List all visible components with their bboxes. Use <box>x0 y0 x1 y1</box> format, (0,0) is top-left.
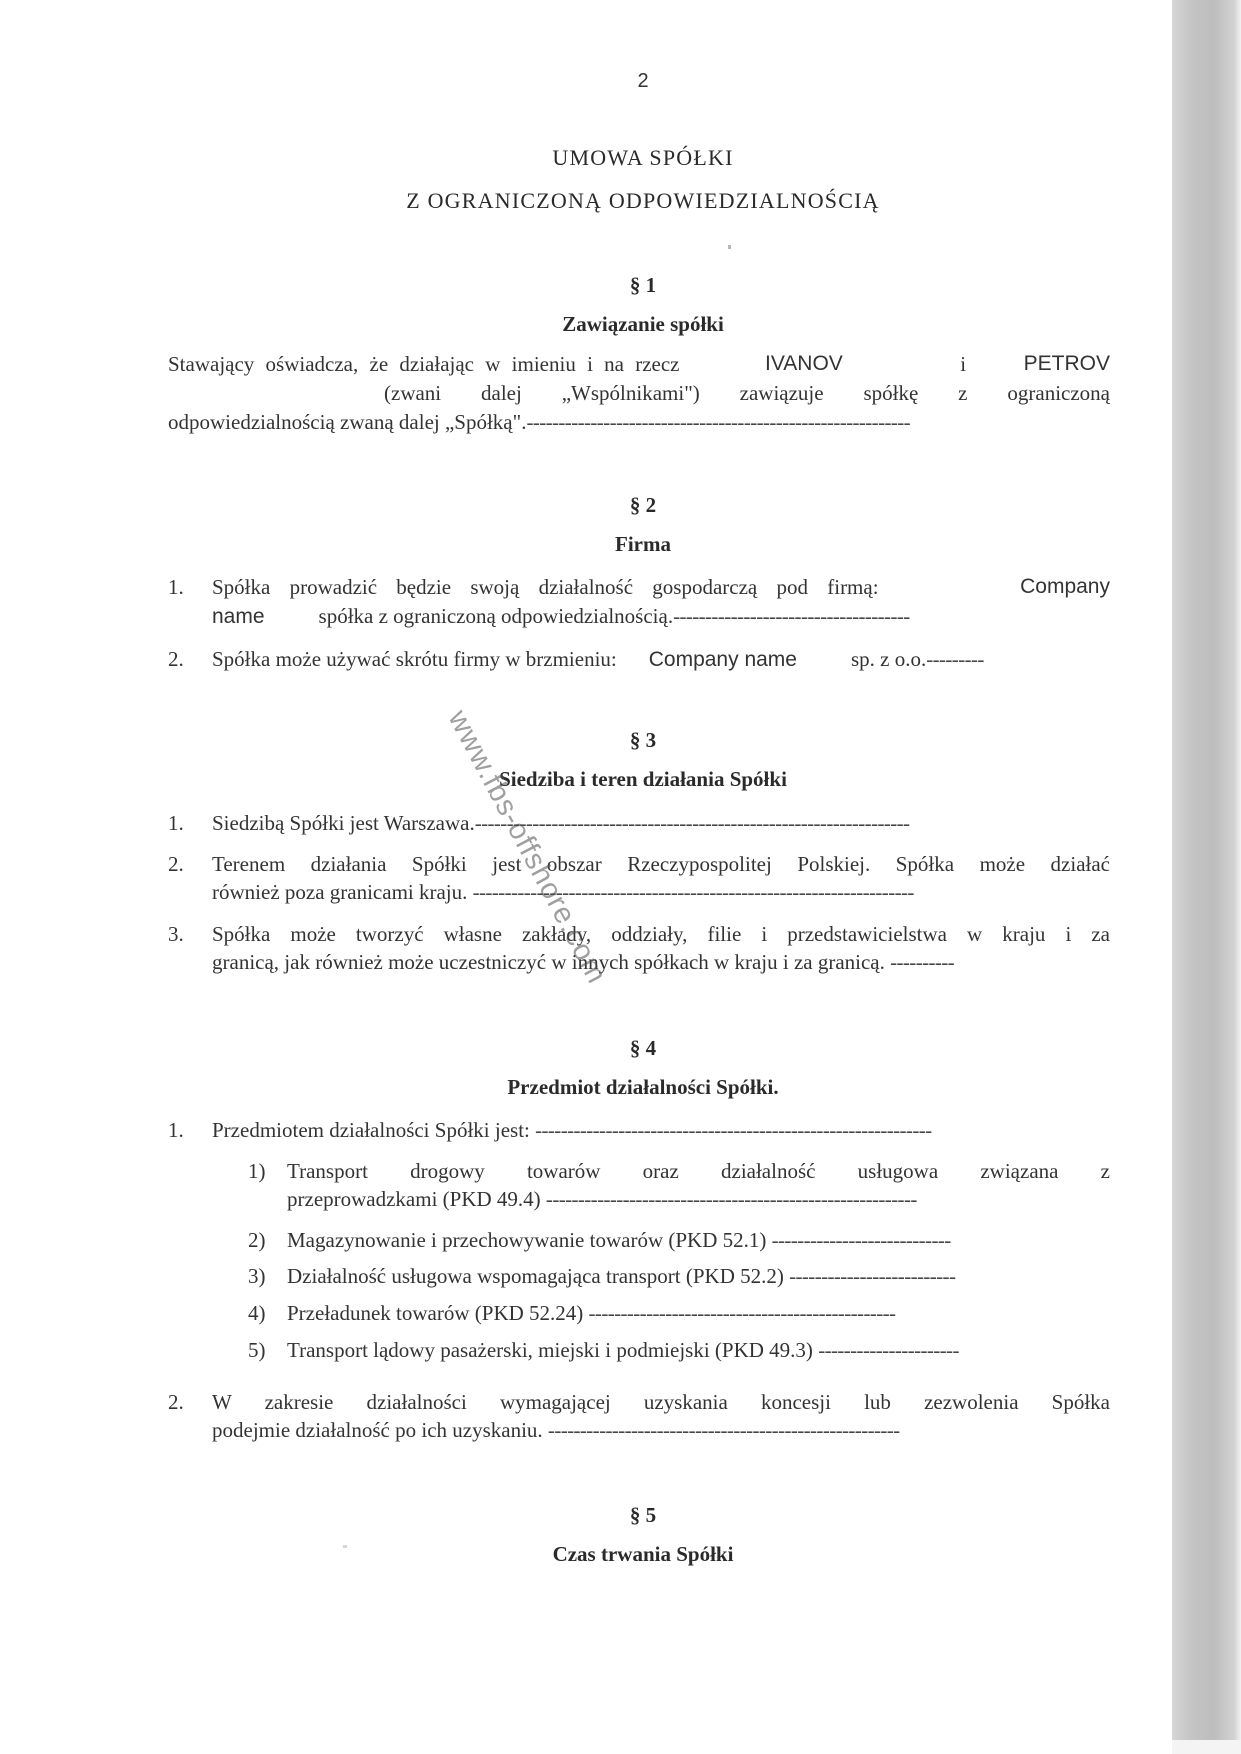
section-3-item-2-marker: 2. <box>168 852 184 877</box>
section-3-heading: Siedziba i teren działania Spółki <box>0 767 1241 792</box>
shareholder-2-name: PETROV <box>1024 352 1110 377</box>
dash-leader: ----------------------------------------… <box>526 410 910 434</box>
subitem-5-text: Transport lądowy pasażerski, miejski i p… <box>287 1338 813 1362</box>
section-1-heading: Zawiązanie spółki <box>0 312 1241 337</box>
subitem-4-line1: Przeładunek towarów (PKD 52.24) --------… <box>287 1301 895 1326</box>
section-2-item-1-text2: spółka z ograniczoną odpowiedzialnością. <box>319 604 674 628</box>
dash-leader: ----------------------------------------… <box>475 811 910 835</box>
dash-leader: ---------------------- <box>818 1338 959 1362</box>
subitem-2-marker: 2) <box>248 1228 266 1253</box>
company-name-part2: name <box>212 605 265 628</box>
subitem-3-text: Działalność usługowa wspomagająca transp… <box>287 1264 784 1288</box>
section-3-item-2-text2: również poza granicami kraju. <box>212 880 467 904</box>
subitem-1-line2: przeprowadzkami (PKD 49.4) -------------… <box>287 1187 917 1212</box>
company-name-part1: Company <box>1020 575 1110 600</box>
subitem-1-text2: przeprowadzkami (PKD 49.4) <box>287 1187 541 1211</box>
subitem-3-marker: 3) <box>248 1264 266 1289</box>
section-1-conjunction: i <box>960 352 966 377</box>
page-binding-shadow <box>1172 0 1241 1754</box>
subitem-2-line1: Magazynowanie i przechowywanie towarów (… <box>287 1228 951 1253</box>
section-4-number: § 4 <box>0 1036 1241 1061</box>
section-2-item-1-line2: namespółka z ograniczoną odpowiedzialnoś… <box>212 604 910 629</box>
section-1-line1: Stawający oświadcza, że działając w imie… <box>168 352 1110 377</box>
subitem-3-line1: Działalność usługowa wspomagająca transp… <box>287 1264 955 1289</box>
section-5-number: § 5 <box>0 1503 1241 1528</box>
dash-leader: ------------------------------------- <box>673 604 910 628</box>
document-title-line2: Z OGRANICZONĄ ODPOWIEDZIALNOŚCIĄ <box>0 188 1241 214</box>
section-2-number: § 2 <box>0 493 1241 518</box>
section-4-heading: Przedmiot działalności Spółki. <box>0 1075 1241 1100</box>
section-2-item-1-line1: Spółka prowadzić będzie swoją działalnoś… <box>212 575 1110 600</box>
section-4-item-1-line1: Przedmiotem działalności Spółki jest: --… <box>212 1118 932 1143</box>
subitem-5-line1: Transport lądowy pasażerski, miejski i p… <box>287 1338 959 1363</box>
page-number: 2 <box>0 70 1241 93</box>
scan-speck <box>728 245 731 249</box>
company-name-short: Company name <box>649 648 797 671</box>
dash-leader: ----------------------------------------… <box>535 1118 931 1142</box>
section-2-item-2-marker: 2. <box>168 647 184 672</box>
dash-leader: ----------------------------------------… <box>548 1418 900 1442</box>
section-4-item-2-marker: 2. <box>168 1390 184 1415</box>
section-3-item-1-marker: 1. <box>168 811 184 836</box>
subitem-4-text: Przeładunek towarów (PKD 52.24) <box>287 1301 583 1325</box>
section-2-heading: Firma <box>0 532 1241 557</box>
section-2-item-1-text: Spółka prowadzić będzie swoją działalnoś… <box>212 575 879 600</box>
section-4-item-2-line2: podejmie działalność po ich uzyskaniu. -… <box>212 1418 900 1443</box>
subitem-1-line1: Transport drogowy towarów oraz działalno… <box>287 1159 1110 1184</box>
section-3-item-1-text: Siedzibą Spółki jest Warszawa. <box>212 811 475 835</box>
section-3-item-3-marker: 3. <box>168 922 184 947</box>
section-4-item-2-text2: podejmie działalność po ich uzyskaniu. <box>212 1418 543 1442</box>
section-3-item-3-text2: granicą, jak również może uczestniczyć w… <box>212 950 885 974</box>
section-2-item-2-line1: Spółka może używać skrótu firmy w brzmie… <box>212 647 984 672</box>
subitem-2-text: Magazynowanie i przechowywanie towarów (… <box>287 1228 766 1252</box>
document-page: 2 UMOWA SPÓŁKI Z OGRANICZONĄ ODPOWIEDZIA… <box>0 0 1172 1754</box>
section-4-item-2-line1: W zakresie działalności wymagającej uzys… <box>212 1390 1110 1415</box>
subitem-1-marker: 1) <box>248 1159 266 1184</box>
subitem-4-marker: 4) <box>248 1301 266 1326</box>
section-1-line3-text: odpowiedzialnością zwaną dalej „Spółką". <box>168 410 526 434</box>
section-3-item-1-line1: Siedzibą Spółki jest Warszawa.----------… <box>212 811 909 836</box>
section-1-number: § 1 <box>0 273 1241 298</box>
section-2-item-2-text: Spółka może używać skrótu firmy w brzmie… <box>212 647 617 671</box>
subitem-5-marker: 5) <box>248 1338 266 1363</box>
section-3-item-2-line1: Terenem działania Spółki jest obszar Rze… <box>212 852 1110 877</box>
section-3-number: § 3 <box>0 728 1241 753</box>
shareholder-1-name: IVANOV <box>765 352 843 377</box>
company-suffix: sp. z o.o. <box>851 647 926 671</box>
dash-leader: ---------------------------- <box>772 1228 951 1252</box>
section-2-item-1-marker: 1. <box>168 575 184 600</box>
dash-leader: ----------------------------------------… <box>546 1187 917 1211</box>
dash-leader: ----------------------------------------… <box>589 1301 896 1325</box>
dash-leader: -------------------------- <box>789 1264 955 1288</box>
section-4-item-1-marker: 1. <box>168 1118 184 1143</box>
section-4-item-1-text: Przedmiotem działalności Spółki jest: <box>212 1118 530 1142</box>
dash-leader: --------- <box>926 647 984 671</box>
section-1-line2: (zwani dalej „Wspólnikami") zawiązuje sp… <box>384 381 1110 406</box>
document-title-line1: UMOWA SPÓŁKI <box>0 145 1241 171</box>
dash-leader: ---------- <box>890 950 954 974</box>
section-1-line3: odpowiedzialnością zwaną dalej „Spółką".… <box>168 410 910 435</box>
section-5-heading: Czas trwania Spółki <box>0 1542 1241 1567</box>
section-3-item-3-line1: Spółka może tworzyć własne zakłady, oddz… <box>212 922 1110 947</box>
section-1-line1-text: Stawający oświadcza, że działając w imie… <box>168 352 680 377</box>
